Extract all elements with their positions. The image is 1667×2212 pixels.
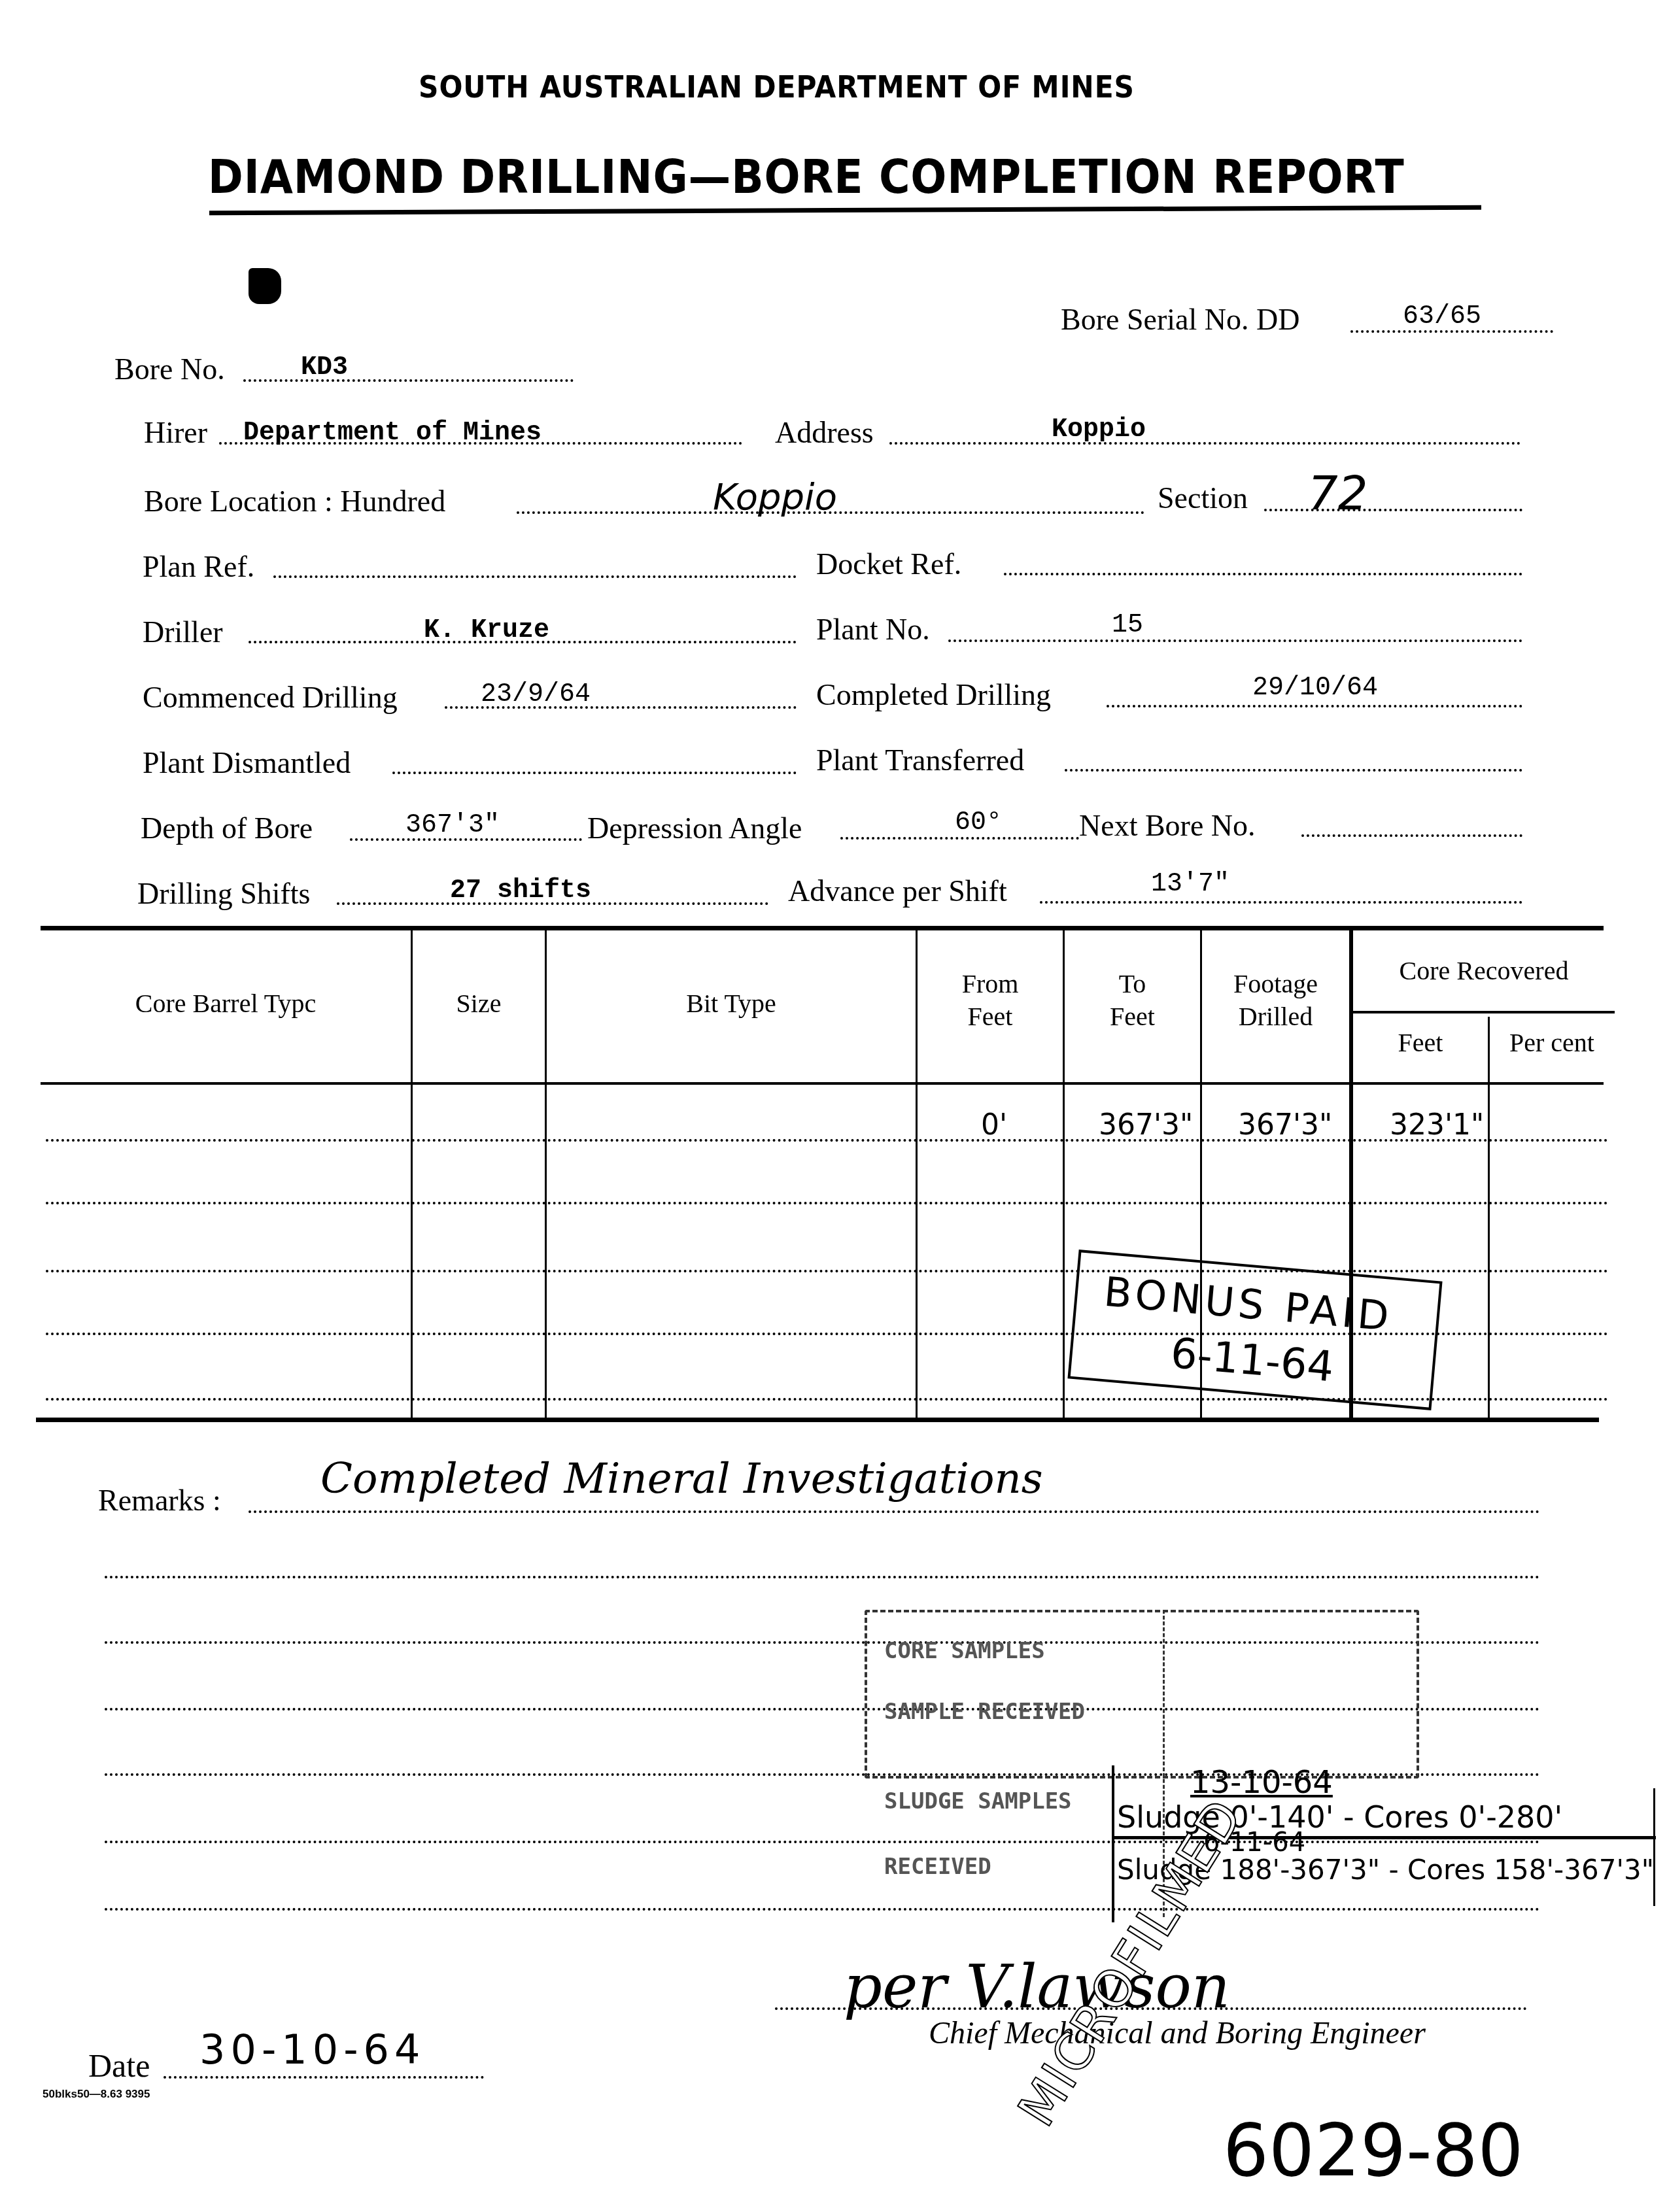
docket-ref-line [1004,573,1522,575]
plan-ref-line [273,575,797,578]
table-bottom-rule [36,1418,1599,1422]
depression-value: 60° [955,808,1002,838]
signature-title: Chief Mechanical and Boring Engineer [929,2015,1426,2051]
remarks-line [249,1510,1540,1513]
plant-no-label: Plant No. [816,612,930,647]
drilling-shifts-value: 27 shifts [450,876,591,906]
header-bit-type: Bit Type [547,987,916,1020]
file-number: 6029-80 [1223,2109,1524,2192]
depth-value: 367'3" [405,811,500,840]
bonus-paid-stamp: BONUS PAID 6-11-64 [1067,1250,1442,1410]
plant-transferred-line [1065,769,1522,772]
header-bottom-rule [41,1082,1604,1085]
punch-mark [249,268,281,304]
plant-dismantled-line [392,772,797,774]
section-line [1264,509,1522,511]
cell-from-feet: 0' [981,1108,1007,1142]
bonus-paid-text: BONUS PAID [1102,1268,1395,1340]
completed-line [1107,705,1522,707]
sample-stamp-box [865,1610,1419,1778]
sample-stamp-line4: RECEIVED [884,1854,991,1880]
date-line [163,2076,484,2079]
sludge-entry-right-edge [1653,1788,1655,1906]
sample-stamp-line3: SLUDGE SAMPLES [884,1788,1072,1814]
header-core-feet: Feet [1353,1027,1488,1059]
department-heading: SOUTH AUSTRALIAN DEPARTMENT OF MINES [419,69,1135,105]
row-line [46,1139,1609,1142]
plan-ref-label: Plan Ref. [143,549,254,584]
bore-no-value: KD3 [301,353,348,383]
col-divider [1488,1017,1490,1418]
next-bore-label: Next Bore No. [1079,808,1256,843]
plant-no-value: 15 [1112,611,1143,640]
header-core-recovered: Core Recovered [1353,955,1615,987]
bore-no-label: Bore No. [114,352,225,386]
commenced-label: Commenced Drilling [143,680,398,715]
print-code: 50blks50—8.63 9395 [43,2088,150,2101]
report-title: DIAMOND DRILLING—BORE COMPLETION REPORT [208,149,1405,204]
bore-serial-value: 63/65 [1403,302,1481,332]
header-size: Size [413,987,545,1020]
header-to-feet-line1: To [1065,968,1200,1000]
bonus-paid-date: 6-11-64 [1169,1329,1335,1391]
header-from-feet: From Feet [918,968,1063,1033]
plant-no-line [948,639,1522,642]
header-from-feet-line1: From [918,968,1063,1000]
address-value: Koppio [1052,415,1146,445]
section-value: 72 [1308,466,1368,520]
depth-label: Depth of Bore [141,811,313,845]
core-recovered-divider [1353,1011,1615,1013]
header-to-feet: To Feet [1065,968,1200,1033]
depression-label: Depression Angle [587,811,802,845]
header-core-percent: Per cent [1490,1027,1614,1059]
header-footage-line1: Footage [1202,968,1349,1000]
bore-location-value: Koppio [713,476,837,519]
date-label: Date [88,2047,150,2084]
address-line [889,442,1521,445]
row-line [46,1202,1609,1204]
cell-core-feet: 323'1" [1390,1108,1484,1142]
plant-dismantled-label: Plant Dismantled [143,745,351,780]
advance-label: Advance per Shift [788,874,1007,908]
next-bore-line [1301,834,1522,837]
bore-no-line [243,379,574,382]
advance-line [1040,901,1522,904]
completed-value: 29/10/64 [1252,673,1378,703]
sludge-entry-divider [1112,1765,1114,1922]
header-to-feet-line2: Feet [1065,1000,1200,1033]
title-underline [209,205,1481,215]
hirer-label: Hirer [144,415,207,450]
sample-stamp-line2: SAMPLE RECEIVED [884,1699,1085,1725]
cell-footage-drilled: 367'3" [1238,1108,1332,1142]
docket-ref-label: Docket Ref. [816,547,961,581]
remarks-label: Remarks : [98,1483,221,1518]
drilling-shifts-label: Drilling Shifts [137,876,311,911]
hirer-value: Department of Mines [243,418,541,448]
signature-line [775,2007,1527,2010]
remarks-line [105,1908,1540,1911]
driller-label: Driller [143,615,223,649]
commenced-value: 23/9/64 [481,680,591,709]
remarks-line [105,1576,1540,1578]
header-footage-line2: Drilled [1202,1000,1349,1033]
driller-value: K. Kruze [424,616,549,645]
remarks-line [105,1841,1540,1843]
bore-serial-label: Bore Serial No. DD [1061,302,1299,337]
advance-value: 13'7" [1151,870,1229,899]
completed-label: Completed Drilling [816,677,1051,712]
date-value: 30-10-64 [199,2026,425,2073]
header-from-feet-line2: Feet [918,1000,1063,1033]
header-footage-drilled: Footage Drilled [1202,968,1349,1033]
signature: per V.lawson [844,1952,1230,2022]
cell-to-feet: 367'3" [1099,1108,1193,1142]
bore-location-label: Bore Location : Hundred [144,484,445,519]
section-label: Section [1158,481,1248,515]
table-top-rule [41,926,1604,930]
address-label: Address [775,415,874,450]
sample-stamp-line1: CORE SAMPLES [884,1638,1045,1664]
row-line [46,1270,1609,1272]
remarks-text: Completed Mineral Investigations [320,1455,1043,1503]
header-core-barrel-type: Core Barrel Typc [41,987,411,1020]
plant-transferred-label: Plant Transferred [816,743,1024,777]
